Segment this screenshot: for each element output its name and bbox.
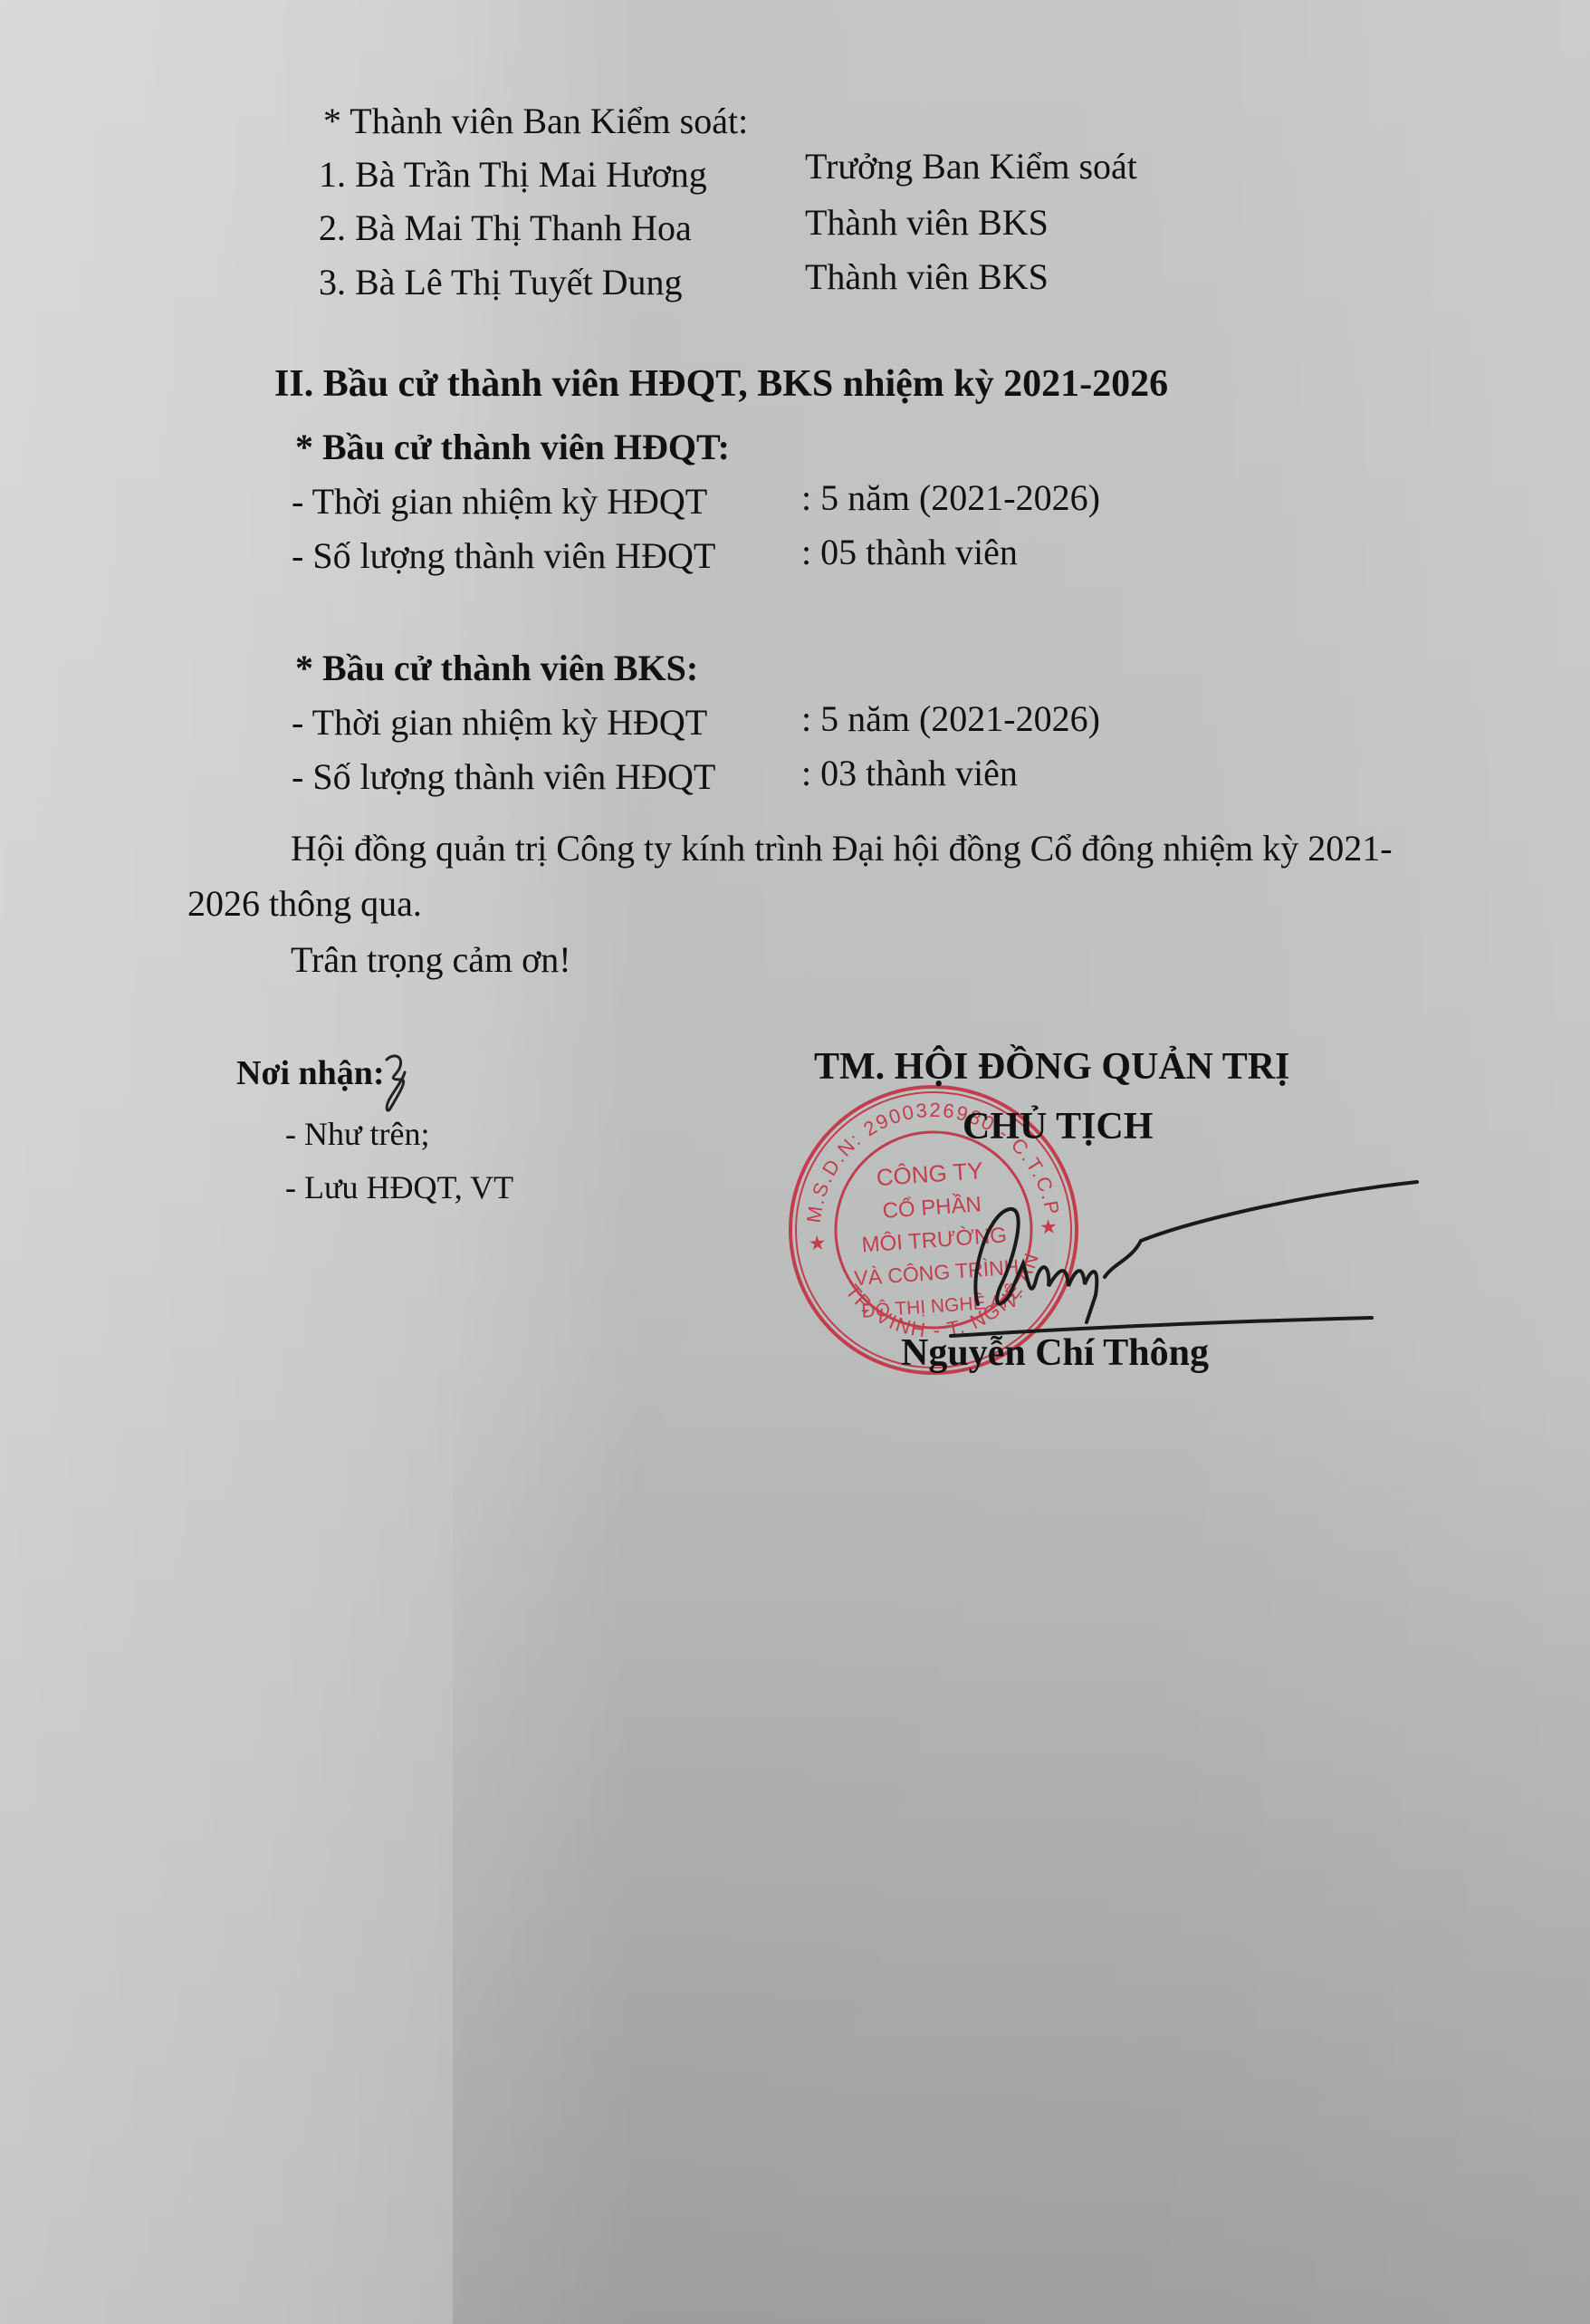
- supervisory-election-heading: * Bầu cử thành viên BKS:: [295, 647, 698, 690]
- closing-paragraph-line2: 2026 thông qua.: [187, 882, 422, 926]
- member-name: 2. Bà Mai Thị Thanh Hoa: [319, 206, 692, 250]
- member-role: Trưởng Ban Kiểm soát: [805, 145, 1137, 188]
- closing-paragraph-line1: Hội đồng quản trị Công ty kính trình Đại…: [291, 827, 1393, 870]
- signer-name: Nguyễn Chí Thông: [901, 1331, 1209, 1375]
- stamp-star-left-icon: ★: [808, 1231, 827, 1254]
- member-role: Thành viên BKS: [805, 255, 1049, 299]
- page-shadow: [453, 1359, 1590, 2324]
- closing-thanks: Trân trọng cảm ơn!: [291, 938, 571, 982]
- member-role: Thành viên BKS: [805, 201, 1049, 245]
- initial-mark-icon: [378, 1052, 414, 1116]
- board-election-heading: * Bầu cử thành viên HĐQT:: [295, 426, 730, 469]
- board-term-label: - Thời gian nhiệm kỳ HĐQT: [292, 480, 707, 523]
- supervisory-count-value: : 03 thành viên: [801, 752, 1018, 795]
- supervisory-count-label: - Số lượng thành viên HĐQT: [292, 755, 715, 799]
- recipient-item: - Như trên;: [285, 1112, 429, 1156]
- recipients-label: Nơi nhận:: [236, 1052, 385, 1095]
- supervisory-heading: * Thành viên Ban Kiểm soát:: [323, 100, 748, 143]
- section-heading: II. Bầu cử thành viên HĐQT, BKS nhiệm kỳ…: [274, 362, 1168, 406]
- on-behalf-title: TM. HỘI ĐỒNG QUẢN TRỊ: [814, 1045, 1289, 1089]
- member-name: 1. Bà Trần Thị Mai Hương: [319, 153, 707, 197]
- chairman-title: CHỦ TỊCH: [963, 1105, 1153, 1148]
- board-term-value: : 5 năm (2021-2026): [801, 476, 1100, 520]
- supervisory-term-value: : 5 năm (2021-2026): [801, 697, 1100, 741]
- member-name: 3. Bà Lê Thị Tuyết Dung: [319, 261, 683, 304]
- board-count-label: - Số lượng thành viên HĐQT: [292, 534, 715, 578]
- recipient-item: - Lưu HĐQT, VT: [285, 1166, 513, 1209]
- supervisory-term-label: - Thời gian nhiệm kỳ HĐQT: [292, 701, 707, 744]
- board-count-value: : 05 thành viên: [801, 531, 1018, 574]
